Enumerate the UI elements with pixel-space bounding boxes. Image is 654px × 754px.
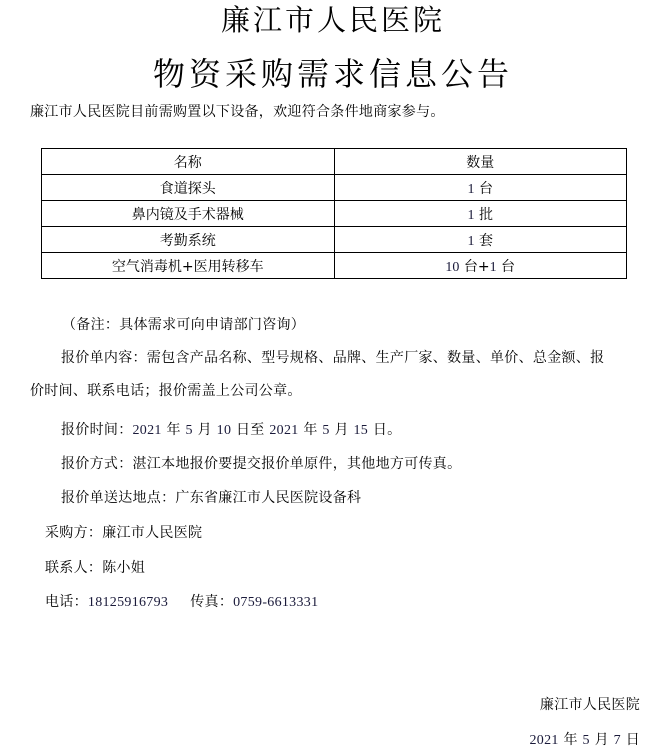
end-day: 15 — [354, 423, 369, 438]
contact-person: 联系人：陈小姐 — [45, 559, 145, 577]
quantity-number: 10 — [445, 260, 459, 275]
table-row: 鼻内镜及手术器械 1 批 — [42, 201, 627, 227]
column-header-name: 名称 — [42, 149, 335, 175]
quantity-number-extra: 1 — [490, 260, 497, 275]
date-month: 5 — [583, 733, 590, 748]
quantity-unit: 批 — [475, 207, 493, 223]
fax-label: 传真： — [190, 594, 233, 610]
item-name: 空气消毒机+医用转移车 — [42, 253, 335, 279]
requirements-table: 名称 数量 食道探头 1 台 鼻内镜及手术器械 1 批 考勤系统 1 套 空气消… — [41, 148, 627, 279]
intro-text: 廉江市人民医院目前需购置以下设备，欢迎符合条件地商家参与。 — [30, 103, 445, 121]
quote-time: 报价时间：2021 年 5 月 10 日至 2021 年 5 月 15 日。 — [61, 421, 401, 440]
quantity-unit: 台+ — [459, 259, 489, 275]
table-header-row: 名称 数量 — [42, 149, 627, 175]
month-char: 月 — [330, 422, 354, 438]
start-month: 5 — [186, 423, 193, 438]
quote-content-line-1: 报价单内容：需包含产品名称、型号规格、品牌、生产厂家、数量、单价、总金额、报 — [61, 349, 604, 367]
quantity-number: 1 — [468, 182, 475, 197]
fax-number: 0759-6613331 — [233, 595, 318, 610]
month-char: 月 — [193, 422, 217, 438]
item-quantity: 1 套 — [334, 227, 627, 253]
start-year: 2021 — [133, 423, 162, 438]
date-year: 2021 — [529, 733, 558, 748]
quantity-number: 1 — [468, 234, 475, 249]
tel-label: 电话： — [45, 594, 88, 610]
quote-time-label: 报价时间： — [61, 422, 133, 438]
table-row: 空气消毒机+医用转移车 10 台+1 台 — [42, 253, 627, 279]
quantity-unit: 套 — [475, 233, 493, 249]
quantity-unit-extra: 台 — [497, 259, 515, 275]
item-quantity: 1 批 — [334, 201, 627, 227]
item-name: 食道探头 — [42, 175, 335, 201]
month-char: 月 — [590, 732, 614, 748]
day-end-char: 日。 — [368, 422, 401, 438]
quantity-unit: 台 — [475, 181, 493, 197]
phone-fax: 电话：18125916793传真：0759-6613331 — [45, 593, 318, 612]
table-row: 食道探头 1 台 — [42, 175, 627, 201]
year-char: 年 — [162, 422, 186, 438]
item-name: 考勤系统 — [42, 227, 335, 253]
end-month: 5 — [322, 423, 329, 438]
quote-content-line-2: 价时间、联系电话；报价需盖上公司公章。 — [30, 382, 302, 400]
start-day: 10 — [217, 423, 232, 438]
day-char: 日 — [621, 732, 640, 748]
end-year: 2021 — [269, 423, 298, 438]
item-quantity: 10 台+1 台 — [334, 253, 627, 279]
day-to-char: 日至 — [231, 422, 269, 438]
signature-org: 廉江市人民医院 — [540, 696, 640, 714]
year-char: 年 — [299, 422, 323, 438]
year-char: 年 — [559, 732, 583, 748]
org-title: 廉江市人民医院 — [0, 2, 654, 38]
signature-date: 2021 年 5 月 7 日 — [529, 731, 640, 750]
tel-number: 18125916793 — [88, 595, 168, 610]
date-day: 7 — [614, 733, 621, 748]
column-header-quantity: 数量 — [334, 149, 627, 175]
quantity-number: 1 — [468, 208, 475, 223]
quote-method: 报价方式：湛江本地报价要提交报价单原件，其他地方可传真。 — [61, 455, 461, 473]
delivery-address: 报价单送达地点：广东省廉江市人民医院设备科 — [61, 489, 361, 507]
item-quantity: 1 台 — [334, 175, 627, 201]
table-row: 考勤系统 1 套 — [42, 227, 627, 253]
notice-title: 物资采购需求信息公告 — [0, 55, 654, 93]
item-name: 鼻内镜及手术器械 — [42, 201, 335, 227]
remark-note: （备注：具体需求可向申请部门咨询） — [62, 316, 305, 334]
buyer: 采购方：廉江市人民医院 — [45, 524, 202, 542]
